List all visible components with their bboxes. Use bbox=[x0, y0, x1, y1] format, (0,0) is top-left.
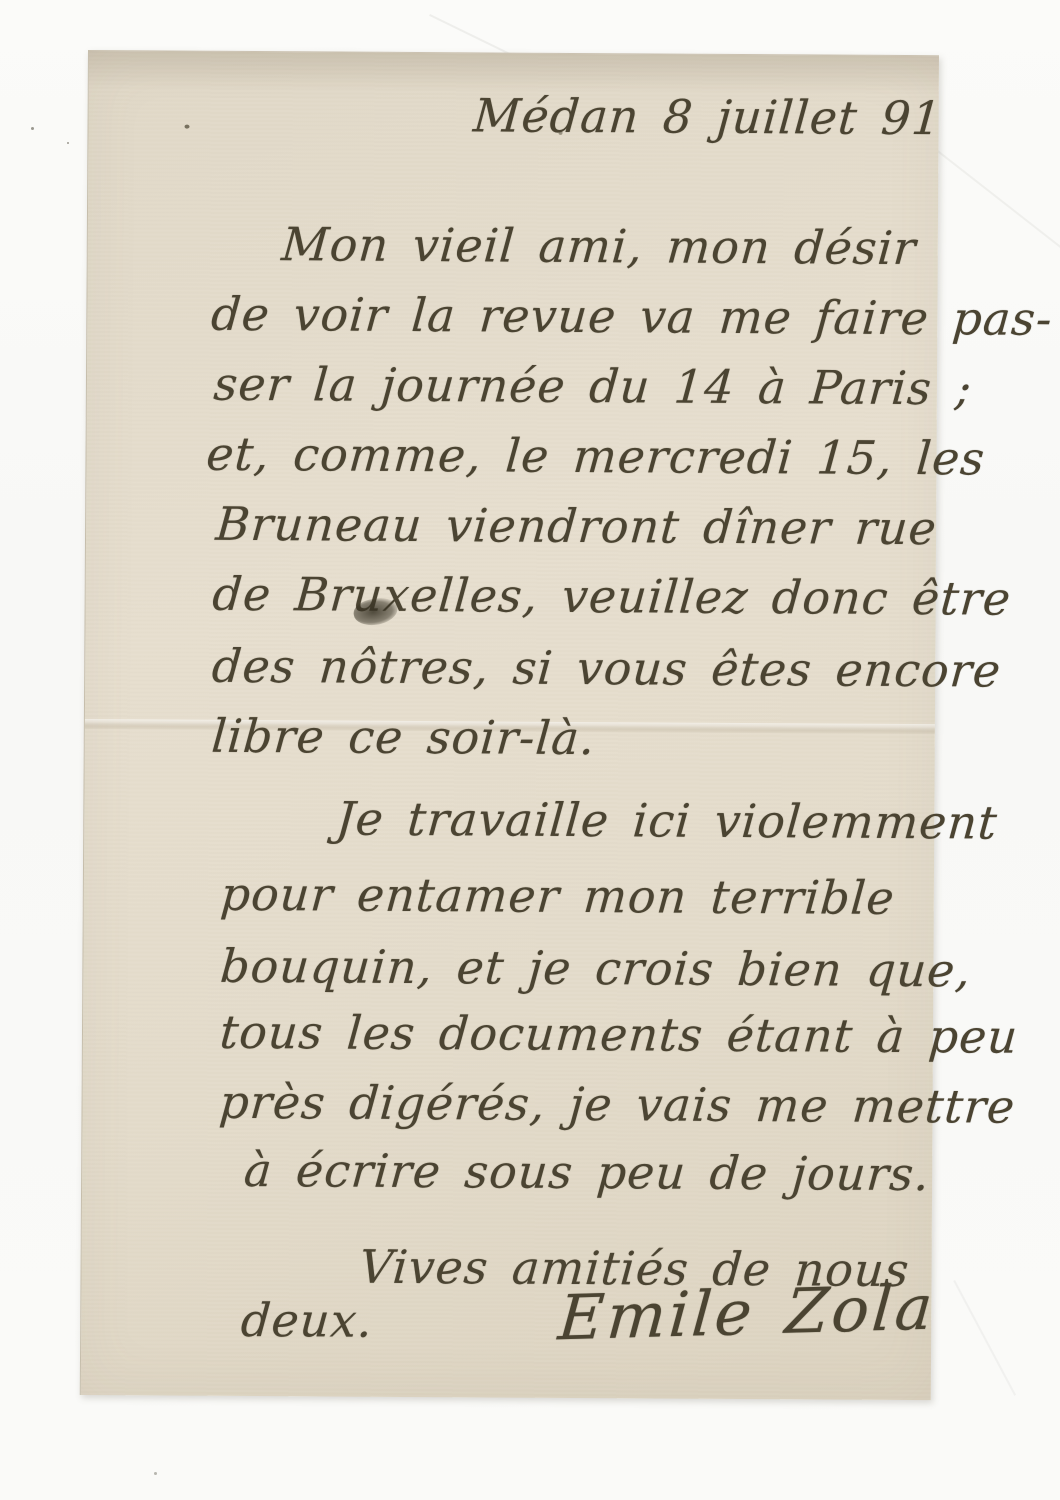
letter-line: ser la journée du 14 à Paris ; bbox=[212, 358, 974, 415]
letter-line: deux. bbox=[239, 1294, 375, 1348]
letter-line: près digérés, je vais me mettre bbox=[218, 1076, 1018, 1134]
letter-line: pour entamer mon terrible bbox=[219, 868, 897, 925]
scan-background: Médan 8 juillet 91 Mon vieil ami, mon dé… bbox=[0, 0, 1060, 1500]
letter-line: tous les documents étant à peu bbox=[218, 1006, 1020, 1064]
letter-line: Mon vieil ami, mon désir bbox=[280, 218, 919, 275]
dust-speck bbox=[67, 142, 69, 144]
letter-line: de voir la revue va me faire pas- bbox=[209, 288, 1054, 346]
letter-line: et, comme, le mercredi 15, les bbox=[205, 428, 988, 486]
letter-page: Médan 8 juillet 91 Mon vieil ami, mon dé… bbox=[80, 50, 939, 1400]
dust-speck bbox=[31, 127, 34, 130]
letter-line: à écrire sous peu de jours. bbox=[242, 1144, 932, 1201]
scan-crease-line bbox=[937, 150, 1060, 256]
dust-speck bbox=[154, 1472, 157, 1475]
letter-line: des nôtres, si vous êtes encore bbox=[210, 640, 1003, 698]
signature: Emile Zola bbox=[556, 1272, 938, 1354]
letter-line: Je travaille ici violemment bbox=[334, 793, 999, 850]
letter-dateline: Médan 8 juillet 91 bbox=[472, 89, 944, 145]
letter-line: libre ce soir-là. bbox=[210, 710, 598, 765]
letter-line: Bruneau viendront dîner rue bbox=[214, 498, 939, 555]
scan-crease-line bbox=[953, 1280, 1016, 1396]
letter-line: de Bruxelles, veuillez donc être bbox=[211, 568, 1014, 626]
ink-speck bbox=[185, 125, 190, 129]
letter-line: bouquin, et je crois bien que, bbox=[218, 940, 973, 997]
